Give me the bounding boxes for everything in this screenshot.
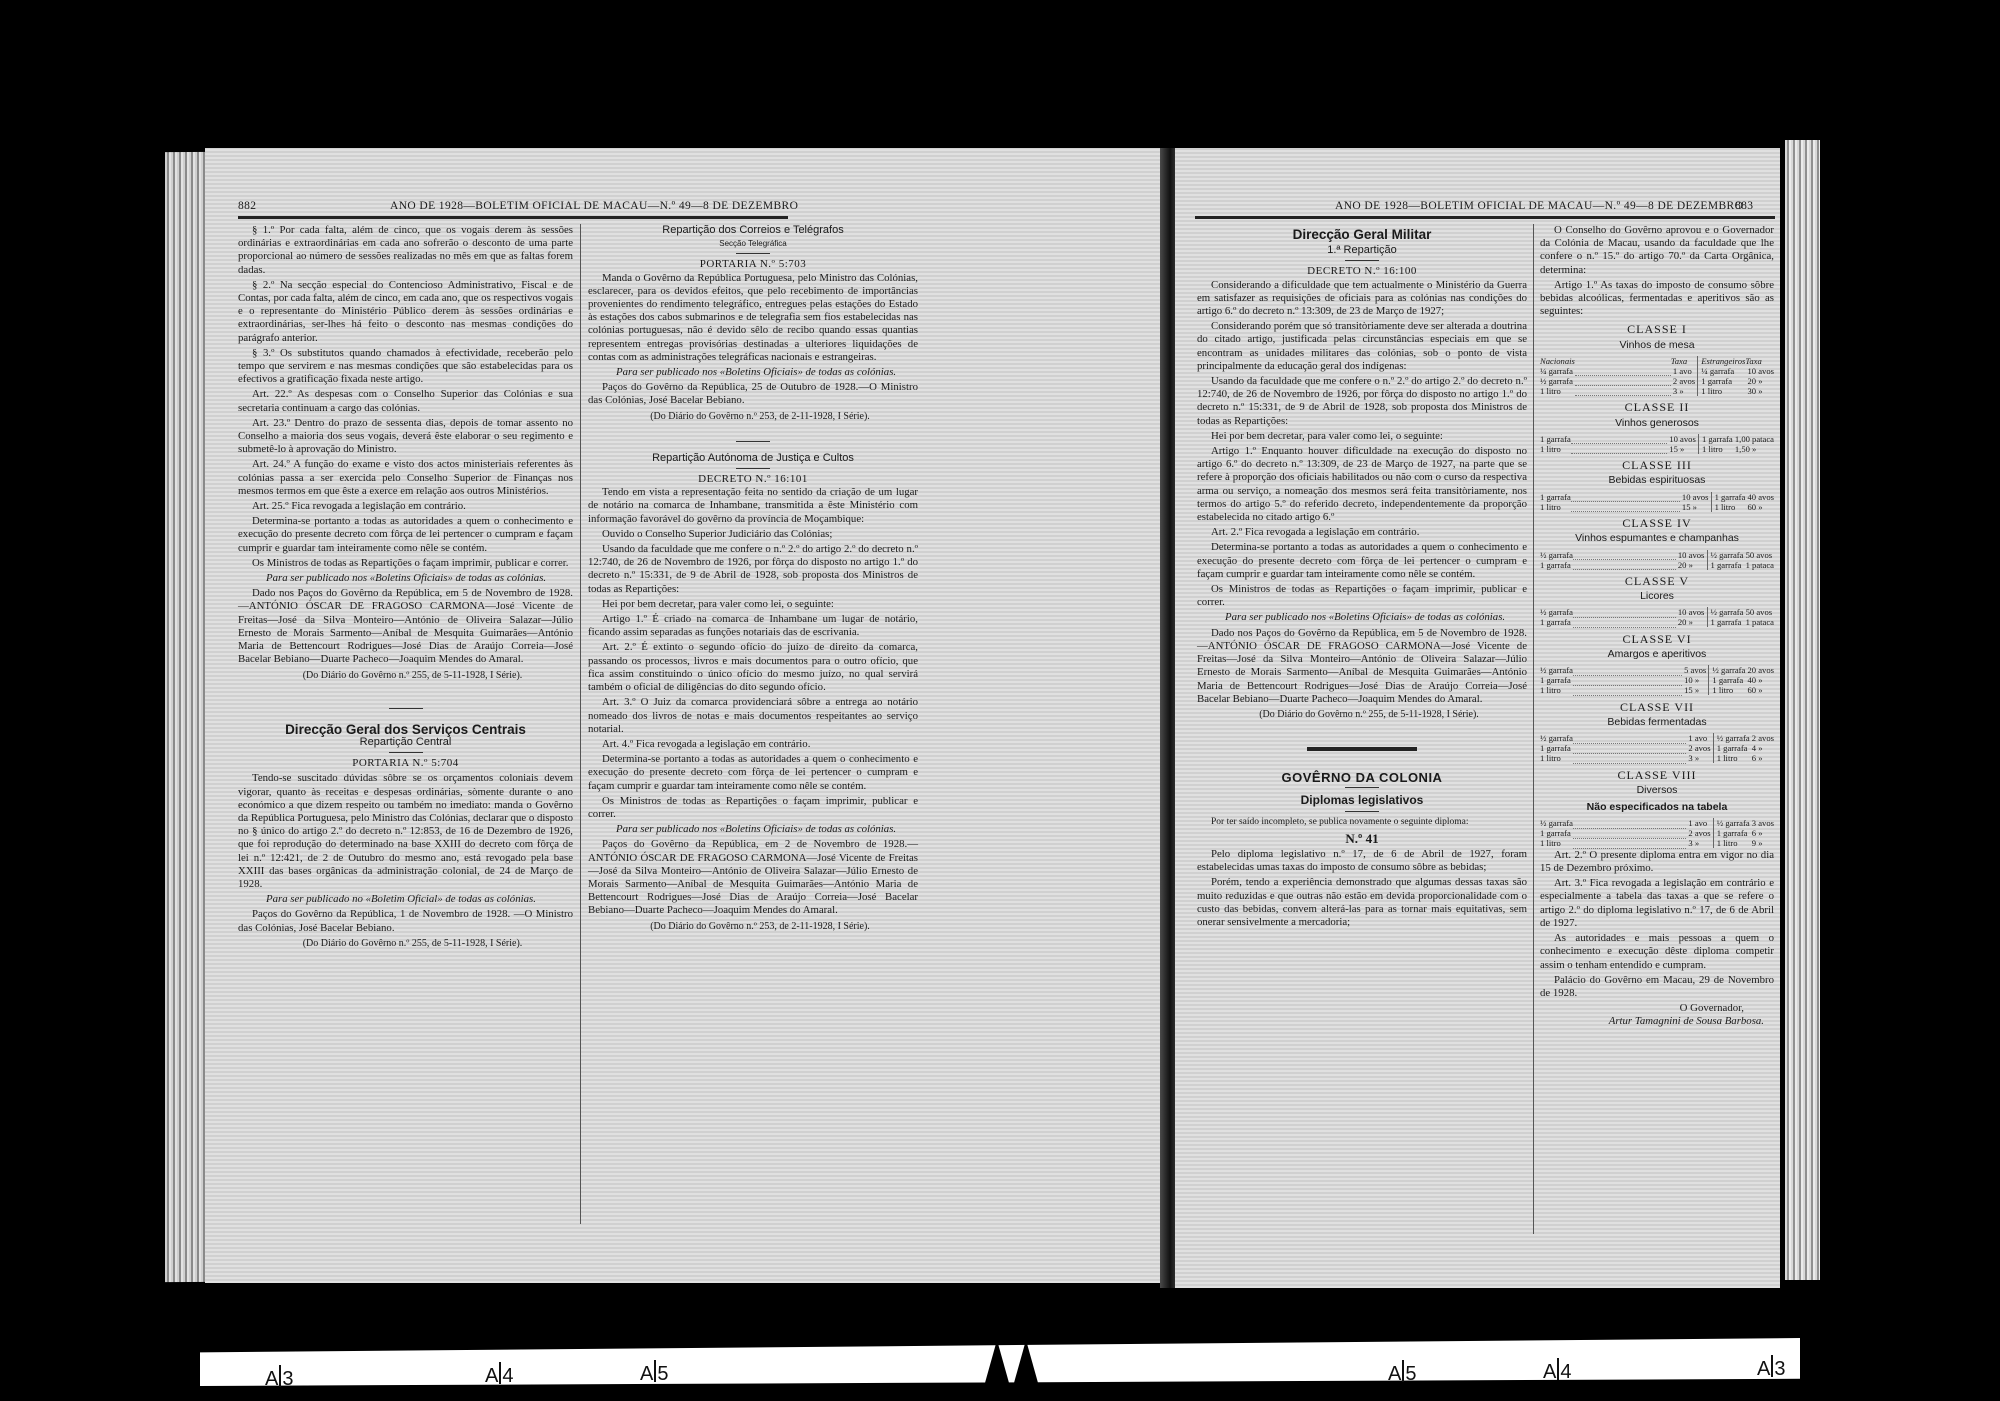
section-divider xyxy=(389,708,423,709)
paragraph: Usando da faculdade que me confere o n.º… xyxy=(1197,375,1527,428)
signature-block: Dado nos Paços do Govêrno da República, … xyxy=(1197,627,1527,706)
source-citation: (Do Diário do Govêrno n.º 253, de 2-11-1… xyxy=(588,920,918,933)
paragraph: Artigo 1.º Enquanto houver dificuldade n… xyxy=(1197,445,1527,524)
paragraph: Art. 25.º Fica revogada a legislação em … xyxy=(238,500,573,513)
film-frame-marker: A4 xyxy=(485,1362,513,1388)
table-row: ½ garrafa 1 avo ½ garrafa 2 avos xyxy=(1540,733,1774,743)
paragraph: Os Ministros de todas as Repartições o f… xyxy=(1197,583,1527,609)
document-number: DECRETO N.º 16:100 xyxy=(1197,265,1527,278)
table-row: 1 litro 3 » 1 litro 30 » xyxy=(1540,386,1774,396)
paragraph-list: § 1.º Por cada falta, além de cinco, que… xyxy=(238,224,573,570)
table-row: 1 garrafa 2 avos 1 garrafa 6 » xyxy=(1540,828,1774,838)
right-page-column-2: O Conselho do Govêrno aprovou e o Govern… xyxy=(1540,224,1774,1029)
table-row: 1 litro 15 » 1 litro 60 » xyxy=(1540,502,1774,512)
paragraph: Considerando porém que só transitòriamen… xyxy=(1197,320,1527,373)
film-frame-marker: A5 xyxy=(1388,1360,1416,1386)
table-row: 1 garrafa 20 » 1 garrafa 1 pataca xyxy=(1540,617,1774,627)
paragraph-list: Considerando a dificuldade que tem actua… xyxy=(1197,279,1527,610)
section-title: Direcção Geral Militar xyxy=(1197,228,1527,241)
paragraph: Os Ministros de todas as Repartições o f… xyxy=(588,795,918,821)
paragraph: Art. 2.º Fica revogada a legislação em c… xyxy=(1197,526,1527,539)
source-citation: (Do Diário do Govêrno n.º 255, de 5-11-1… xyxy=(1197,708,1527,721)
header-rule-left xyxy=(238,216,788,219)
tax-table: CLASSE IVinhos de mesaNacionaisTaxaEstra… xyxy=(1540,323,1774,848)
paragraph-list: Pelo diploma legislativo n.º 17, de 6 de… xyxy=(1197,848,1527,929)
class-title: CLASSE IV xyxy=(1540,517,1774,530)
paragraph: As autoridades e mais pessoas a quem o c… xyxy=(1540,932,1774,972)
section-divider xyxy=(1345,260,1379,261)
header-taxa: Taxa xyxy=(1671,356,1698,366)
class-rate-table: 1 garrafa 10 avos 1 garrafa 40 avos1 lit… xyxy=(1540,492,1774,513)
class-subtitle: Bebidas espirituosas xyxy=(1540,474,1774,487)
class-rate-table: ½ garrafa 10 avos ½ garrafa 50 avos1 gar… xyxy=(1540,607,1774,628)
intro-note: Por ter saído incompleto, se publica nov… xyxy=(1197,816,1527,829)
document-number: PORTARIA N.º 5:704 xyxy=(238,757,573,770)
signature-block: Dado nos Paços do Govêrno da República, … xyxy=(238,587,573,666)
class-rate-table: ½ garrafa 5 avos ½ garrafa 20 avos1 garr… xyxy=(1540,665,1774,696)
paragraph: Ouvido o Conselho Superior Judiciário da… xyxy=(588,528,918,541)
class-subtitle-secondary: Não especificados na tabela xyxy=(1540,801,1774,814)
paragraph: Artigo 1.º É criado na comarca de Inhamb… xyxy=(588,613,918,639)
table-row: 1 litro 15 » 1 litro 1,50 » xyxy=(1540,444,1774,454)
document-number: N.º 41 xyxy=(1197,832,1527,845)
paragraph: O Conselho do Govêrno aprovou e o Govern… xyxy=(1540,224,1774,277)
section-subtitle: Secção Telegráfica xyxy=(588,237,918,250)
column-separator xyxy=(580,224,581,1224)
paragraph: Art. 3.º O Juiz da comarca providenciará… xyxy=(588,696,918,736)
right-page-column-1: Direcção Geral Militar 1.ª Repartição DE… xyxy=(1197,228,1527,931)
film-frame-marker: A4 xyxy=(1543,1358,1571,1384)
section-divider xyxy=(1345,811,1379,812)
class-subtitle: Amargos e aperitivos xyxy=(1540,648,1774,661)
table-row: 1 litro 15 » 1 litro 60 » xyxy=(1540,685,1774,695)
class-title: CLASSE VIII xyxy=(1540,769,1774,782)
film-frame-marker: A3 xyxy=(1757,1355,1785,1381)
paragraph-list: Art. 2.º O presente diploma entra em vig… xyxy=(1540,849,1774,1000)
page-number-left: 882 xyxy=(238,200,256,212)
paragraph: Manda o Govêrno da República Portuguesa,… xyxy=(588,272,918,364)
signatory-name: Artur Tamagnini de Sousa Barbosa. xyxy=(1540,1015,1774,1028)
signatory-title: O Governador, xyxy=(1540,1002,1774,1015)
signature-block: Paços do Govêrno da República, 25 de Out… xyxy=(588,381,918,407)
class-subtitle: Vinhos espumantes e champanhas xyxy=(1540,532,1774,545)
section-subtitle: Diplomas legislativos xyxy=(1197,794,1527,807)
paragraph-list: Tendo-se suscitado dúvidas sôbre se os o… xyxy=(238,772,573,891)
paragraph: Art. 2.º É extinto o segundo ofício do j… xyxy=(588,641,918,694)
paragraph: Pelo diploma legislativo n.º 17, de 6 de… xyxy=(1197,848,1527,874)
section-divider xyxy=(389,752,423,753)
paragraph: Porém, tendo a experiência demonstrado q… xyxy=(1197,876,1527,929)
paragraph: Palácio do Govêrno em Macau, 29 de Novem… xyxy=(1540,974,1774,1000)
page-edges-right xyxy=(1785,140,1820,1280)
class-subtitle: Licores xyxy=(1540,590,1774,603)
section-title: Repartição dos Correios e Telégrafos xyxy=(588,224,918,237)
left-page: 882 ANO DE 1928—BOLETIM OFICIAL DE MACAU… xyxy=(205,148,1165,1283)
section-divider xyxy=(736,441,770,442)
paragraph: Hei por bem decretar, para valer como le… xyxy=(1197,430,1527,443)
running-head-right: ANO DE 1928—BOLETIM OFICIAL DE MACAU—N.º… xyxy=(1335,200,1743,212)
paragraph: Art. 3.º Fica revogada a legislação em c… xyxy=(1540,877,1774,930)
paragraph-list: Tendo em vista a representação feita no … xyxy=(588,486,918,821)
film-frame-marker: A5 xyxy=(640,1360,668,1386)
paragraph-list: O Conselho do Govêrno aprovou e o Govern… xyxy=(1540,224,1774,318)
section-divider xyxy=(1345,787,1379,788)
header-estrangeiros: Estrangeiros xyxy=(1698,356,1746,366)
table-row: ½ garrafa 1 avo ½ garrafa 3 avos xyxy=(1540,818,1774,828)
left-page-column-1: § 1.º Por cada falta, além de cinco, que… xyxy=(238,224,573,952)
publish-note: Para ser publicado nos «Boletins Oficiai… xyxy=(238,572,573,585)
class-title: CLASSE VII xyxy=(1540,701,1774,714)
paragraph: Art. 22.º As despesas com o Conselho Sup… xyxy=(238,388,573,414)
header-taxa: Taxa xyxy=(1745,356,1774,366)
source-citation: (Do Diário do Govêrno n.º 253, de 2-11-1… xyxy=(588,410,918,423)
left-page-column-2: Repartição dos Correios e Telégrafos Sec… xyxy=(588,224,918,935)
class-subtitle: Diversos xyxy=(1540,784,1774,797)
header-rule-right xyxy=(1195,216,1775,219)
paragraph: Tendo em vista a representação feita no … xyxy=(588,486,918,526)
paragraph: Tendo-se suscitado dúvidas sôbre se os o… xyxy=(238,772,573,891)
class-title: CLASSE V xyxy=(1540,575,1774,588)
class-rate-table: ½ garrafa 1 avo ½ garrafa 2 avos1 garraf… xyxy=(1540,733,1774,764)
class-title: CLASSE II xyxy=(1540,401,1774,414)
section-divider xyxy=(736,468,770,469)
film-notch-right xyxy=(1012,1340,1040,1390)
page-number-right: 883 xyxy=(1735,200,1753,212)
section-subtitle: 1.ª Repartição xyxy=(1197,244,1527,257)
class-title: CLASSE III xyxy=(1540,459,1774,472)
table-row: 1 garrafa 10 avos 1 garrafa 40 avos xyxy=(1540,492,1774,502)
paragraph: Art. 23.º Dentro do prazo de sessenta di… xyxy=(238,417,573,457)
section-title: Repartição Autónoma de Justiça e Cultos xyxy=(588,452,918,465)
table-row: 1 garrafa 10 avos 1 garrafa 1,00 pataca xyxy=(1540,434,1774,444)
table-row: ½ garrafa 10 avos ½ garrafa 50 avos xyxy=(1540,550,1774,560)
film-notch-left xyxy=(983,1340,1011,1390)
section-divider-heavy xyxy=(1307,747,1417,751)
publish-note: Para ser publicado nos «Boletins Oficiai… xyxy=(1197,611,1527,624)
table-row: 1 garrafa 20 » 1 garrafa 1 pataca xyxy=(1540,560,1774,570)
open-book: 882 ANO DE 1928—BOLETIM OFICIAL DE MACAU… xyxy=(165,140,1820,1335)
paragraph: § 3.º Os substitutos quando chamados à e… xyxy=(238,347,573,387)
paragraph: Usando da faculdade que me confere o n.º… xyxy=(588,543,918,596)
class-title: CLASSE VI xyxy=(1540,633,1774,646)
source-citation: (Do Diário do Govêrno n.º 255, de 5-11-1… xyxy=(238,937,573,950)
table-row: ¼ garrafa 1 avo ¼ garrafa 10 avos xyxy=(1540,366,1774,376)
signature-block: Paços do Govêrno da República, 1 de Nove… xyxy=(238,908,573,934)
signature-block: Paços do Govêrno da República, em 2 de N… xyxy=(588,838,918,917)
paragraph: Os Ministros de todas as Repartições o f… xyxy=(238,557,573,570)
section-title: GOVÊRNO DA COLONIA xyxy=(1197,771,1527,784)
paragraph-list: Manda o Govêrno da República Portuguesa,… xyxy=(588,272,918,364)
document-number: PORTARIA N.º 5:703 xyxy=(588,258,918,271)
paragraph: Art. 2.º O presente diploma entra em vig… xyxy=(1540,849,1774,875)
publish-note: Para ser publicado no «Boletim Oficial» … xyxy=(238,893,573,906)
column-separator xyxy=(1533,224,1534,1234)
paragraph: Art. 4.º Fica revogada a legislação em c… xyxy=(588,738,918,751)
class-rate-table: ½ garrafa 1 avo ½ garrafa 3 avos1 garraf… xyxy=(1540,818,1774,849)
source-citation: (Do Diário do Govêrno n.º 255, de 5-11-1… xyxy=(238,669,573,682)
right-page: ANO DE 1928—BOLETIM OFICIAL DE MACAU—N.º… xyxy=(1175,148,1780,1288)
paragraph: Determina-se portanto a todas as autorid… xyxy=(238,515,573,555)
table-row: 1 litro 3 » 1 litro 6 » xyxy=(1540,753,1774,763)
paragraph: Considerando a dificuldade que tem actua… xyxy=(1197,279,1527,319)
paragraph: Determina-se portanto a todas as autorid… xyxy=(1197,541,1527,581)
class-rate-table: ½ garrafa 10 avos ½ garrafa 50 avos1 gar… xyxy=(1540,550,1774,571)
class-subtitle: Vinhos generosos xyxy=(1540,417,1774,430)
paragraph: Hei por bem decretar, para valer como le… xyxy=(588,598,918,611)
header-nacionais: Nacionais xyxy=(1540,356,1575,366)
table-row: ½ garrafa 10 avos ½ garrafa 50 avos xyxy=(1540,607,1774,617)
class-subtitle: Bebidas fermentadas xyxy=(1540,716,1774,729)
paragraph: § 1.º Por cada falta, além de cinco, que… xyxy=(238,224,573,277)
table-row: 1 garrafa 2 avos 1 garrafa 4 » xyxy=(1540,743,1774,753)
publish-note: Para ser publicado nos «Boletins Oficiai… xyxy=(588,823,918,836)
table-row: ½ garrafa 2 avos 1 garrafa 20 » xyxy=(1540,376,1774,386)
class-title: CLASSE I xyxy=(1540,323,1774,336)
publish-note: Para ser publicado nos «Boletins Oficiai… xyxy=(588,366,918,379)
class-rate-table: 1 garrafa 10 avos 1 garrafa 1,00 pataca1… xyxy=(1540,434,1774,455)
section-divider xyxy=(736,253,770,254)
section-title: Direcção Geral dos Serviços Centrais xyxy=(238,723,573,736)
table-row: 1 garrafa 10 » 1 garrafa 40 » xyxy=(1540,675,1774,685)
document-number: DECRETO N.º 16:101 xyxy=(588,473,918,486)
paragraph: Determina-se portanto a todas as autorid… xyxy=(588,753,918,793)
table-row: ½ garrafa 5 avos ½ garrafa 20 avos xyxy=(1540,665,1774,675)
section-subtitle: Repartição Central xyxy=(238,736,573,749)
class-rate-table: NacionaisTaxaEstrangeirosTaxa¼ garrafa 1… xyxy=(1540,356,1774,397)
class-subtitle: Vinhos de mesa xyxy=(1540,339,1774,352)
film-frame-marker: A3 xyxy=(265,1365,293,1391)
paragraph: Art. 24.º A função do exame e visto dos … xyxy=(238,458,573,498)
table-row: 1 litro 3 » 1 litro 9 » xyxy=(1540,838,1774,848)
paragraph: § 2.º Na secção especial do Contencioso … xyxy=(238,279,573,345)
running-head-left: ANO DE 1928—BOLETIM OFICIAL DE MACAU—N.º… xyxy=(390,200,798,212)
paragraph: Artigo 1.º As taxas do imposto de consum… xyxy=(1540,279,1774,319)
